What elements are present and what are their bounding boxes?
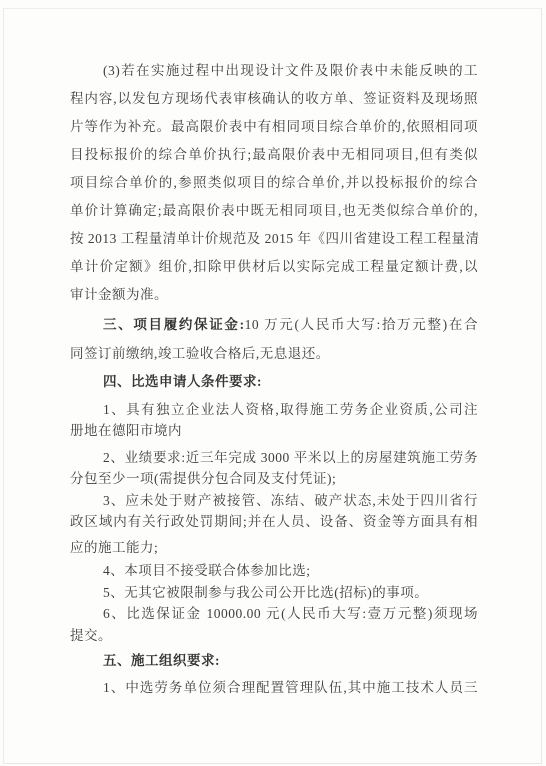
text-line: (3)若在实施过程中出现设计文件及限价表中未能反映的工 <box>70 63 478 79</box>
text-line: 提交。 <box>70 628 478 644</box>
section-3-text: 10 万元(人民币大写:拾万元整)在合 <box>245 317 478 332</box>
text-line: 分包至少一项(需提供分包合同及支付凭证); <box>70 471 478 487</box>
text-line: 目投标报价的综合单价执行;最高限价表中无相同项目,但有类似 <box>70 147 478 163</box>
section-5-heading: 五、施工组织要求: <box>70 653 478 669</box>
document-page: (3)若在实施过程中出现设计文件及限价表中未能反映的工 程内容,以发包方现场代表… <box>0 0 546 766</box>
text-line: 按 2013 工程量清单计价规范及 2015 年《四川省建设工程工程量清 <box>70 231 478 247</box>
text-line: 册地在德阳市境内 <box>70 423 478 439</box>
text-line: 5、无其它被限制参与我公司公开比选(招标)的事项。 <box>70 585 478 601</box>
text-line: 政区域内有关行政处罚期间;并在人员、设备、资金等方面具有相 <box>70 514 478 530</box>
text-line: 审计金额为准。 <box>70 287 478 303</box>
section-3-heading-line: 三、项目履约保证金:10 万元(人民币大写:拾万元整)在合 <box>70 317 478 333</box>
text-line: 应的施工能力; <box>70 540 478 556</box>
text-line: 1、中选劳务单位须合理配置管理队伍,其中施工技术人员三 <box>70 680 478 696</box>
section-4-heading: 四、比选申请人条件要求: <box>70 374 478 390</box>
section-3-heading: 三、项目履约保证金: <box>103 317 245 332</box>
text-line: 单价计算确定;最高限价表中既无相同项目,也无类似综合单价的, <box>70 203 478 219</box>
document-text-block: (3)若在实施过程中出现设计文件及限价表中未能反映的工 程内容,以发包方现场代表… <box>70 0 478 696</box>
text-line: 6、比选保证金 10000.00 元(人民币大写:壹万元整)须现场 <box>70 606 478 622</box>
text-line: 4、本项目不接受联合体参加比选; <box>70 563 478 579</box>
text-line: 程内容,以发包方现场代表审核确认的收方单、签证资料及现场照 <box>70 91 478 107</box>
text-line: 2、业绩要求:近三年完成 3000 平米以上的房屋建筑施工劳务 <box>70 450 478 466</box>
text-line: 1、具有独立企业法人资格,取得施工劳务企业资质,公司注 <box>70 402 478 418</box>
text-line: 片等作为补充。最高限价表中有相同项目综合单价的,依照相同项 <box>70 119 478 135</box>
text-line: 单计价定额》组价,扣除甲供材后以实际完成工程量定额计费,以 <box>70 259 478 275</box>
text-line: 3、应未处于财产被接管、冻结、破产状态,未处于四川省行 <box>70 493 478 509</box>
text-line: 项目综合单价的,参照类似项目的综合单价,并以投标报价的综合 <box>70 175 478 191</box>
text-line: 同签订前缴纳,竣工验收合格后,无息退还。 <box>70 346 478 362</box>
